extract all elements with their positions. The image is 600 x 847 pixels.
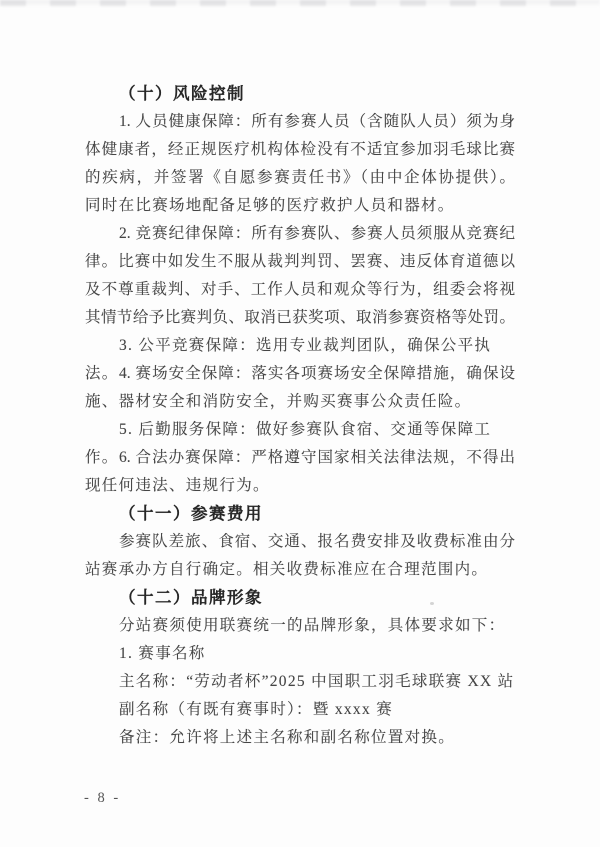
text-line: 及不尊重裁判、对手、工作人员和观众等行为，组委会将视	[85, 276, 515, 304]
text-line: 5. 后勤服务保障：做好参赛队食宿、交通等保障工作。	[85, 416, 515, 444]
text-line: 参赛队差旅、食宿、交通、报名费安排及收费标准由分	[85, 528, 515, 556]
text-line: 体健康者，经正规医疗机构体检没有不适宜参加羽毛球比赛	[85, 136, 515, 164]
document-page: （十）风险控制 1. 人员健康保障：所有参赛人员（含随队人员）须为身 体健康者，…	[0, 0, 600, 847]
text-line: 施、器材安全和消防安全，并购买赛事公众责任险。	[85, 388, 515, 416]
text-line: 同时在比赛场地配备足够的医疗救护人员和器材。	[85, 192, 515, 220]
text-line: 律。比赛中如发生不服从裁判判罚、罢赛、违反体育道德以	[85, 248, 515, 276]
text-line: 备注：允许将上述主名称和副名称位置对换。	[85, 724, 515, 752]
text-line: 站赛承办方自行确定。相关收费标准应在合理范围内。	[85, 556, 515, 584]
scan-artifact-strip	[0, 0, 600, 6]
section-heading-entry-fees: （十一）参赛费用	[85, 500, 515, 528]
text-line: 6. 合法办赛保障：严格遵守国家相关法律法规，不得出	[85, 444, 515, 472]
text-line: 4. 赛场安全保障：落实各项赛场安全保障措施，确保设	[85, 360, 515, 388]
text-line: 分站赛须使用联赛统一的品牌形象，具体要求如下：	[85, 612, 515, 640]
text-line: 的疾病，并签署《自愿参赛责任书》（由中企体协提供）。	[85, 164, 515, 192]
text-line: 1. 人员健康保障：所有参赛人员（含随队人员）须为身	[85, 108, 515, 136]
text-line: 其情节给予比赛判负、取消已获奖项、取消参赛资格等处罚。	[85, 304, 515, 332]
text-line: 副名称（有既有赛事时）：暨 xxxx 赛	[85, 696, 515, 724]
document-body: （十）风险控制 1. 人员健康保障：所有参赛人员（含随队人员）须为身 体健康者，…	[85, 80, 515, 752]
text-line: 2. 竞赛纪律保障：所有参赛队、参赛人员须服从竞赛纪	[85, 220, 515, 248]
text-line: 主名称：“劳动者杯”2025 中国职工羽毛球联赛 XX 站	[85, 668, 515, 696]
section-heading-risk-control: （十）风险控制	[85, 80, 515, 108]
text-line: 现任何违法、违规行为。	[85, 472, 515, 500]
section-heading-brand-image: （十二）品牌形象	[85, 584, 515, 612]
page-number: - 8 -	[84, 790, 121, 807]
scan-speck	[430, 602, 434, 605]
text-line: 3. 公平竞赛保障：选用专业裁判团队，确保公平执法。	[85, 332, 515, 360]
text-line: 1. 赛事名称	[85, 640, 515, 668]
